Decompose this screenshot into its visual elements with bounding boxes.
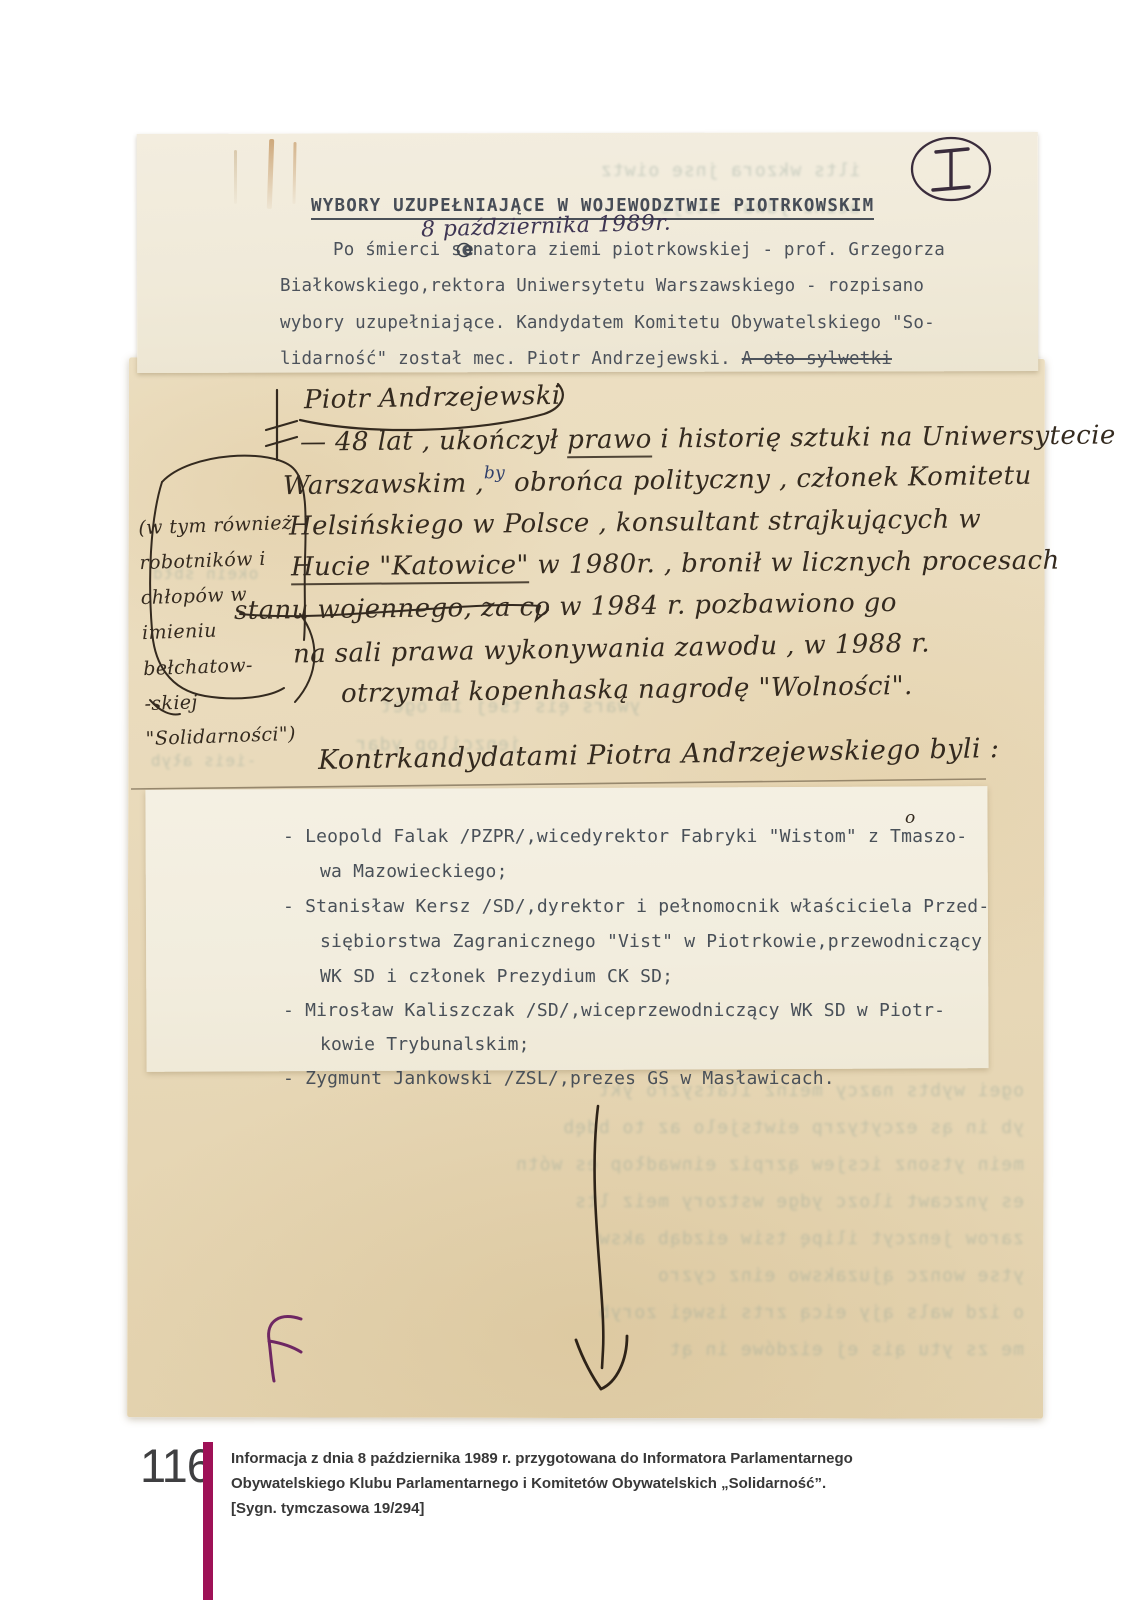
typed-text: lidarność" został mec. Piotr Andrzejewsk…: [280, 349, 742, 369]
handwritten-text: — 48 lat , ukończył: [300, 425, 567, 457]
caption-line: [Sygn. tymczasowa 19/294]: [231, 1496, 891, 1521]
rust-stain: [234, 150, 237, 204]
typed-paragraph-line: Białkowskiego,rektora Uniwersytetu Warsz…: [280, 276, 924, 296]
typed-text: natora ziemi piotrkowskiej - prof. Grzeg…: [473, 240, 945, 260]
list-line: - Zygmunt Jankowski /ZSL/,prezes GS w Ma…: [283, 1068, 835, 1089]
underlined-phrase: Hucie "Katowice": [291, 550, 529, 585]
caption-line: Informacja z dnia 8 października 1989 r.…: [231, 1446, 891, 1471]
handwritten-name-note: Piotr Andrzejewski: [304, 381, 561, 415]
handwritten-text: Warszawskim ,: [283, 468, 484, 501]
struck-through-text: A oto sylwetki: [742, 349, 892, 369]
footer-accent-bar: [203, 1442, 213, 1600]
typed-paragraph-line: wybory uzupełniające. Kandydatem Komitet…: [280, 313, 935, 333]
scanned-archive-page: ilts wkzora jnse oiwtz acinz ydwar otsje…: [0, 0, 1131, 1600]
caption-block: Informacja z dnia 8 października 1989 r.…: [231, 1446, 891, 1521]
typed-text: Po śmierci s: [333, 240, 462, 260]
list-line: - Leopold Falak /PZPR/,wicedyrektor Fabr…: [283, 826, 967, 847]
list-line: WK SD i członek Prezydium CK SD;: [320, 966, 673, 987]
bleed-through-text-block: ogei wybts nazcy meinz ilatsyzro ykt yb …: [278, 1072, 1024, 1368]
handwritten-text: i historię sztuki na Uniwersytecie: [652, 420, 1116, 454]
list-line: - Mirosław Kaliszczak /SD/,wiceprzewodni…: [283, 1000, 945, 1021]
handwritten-text: w 1980r. , bronił w licznych procesach: [529, 546, 1060, 581]
list-line: siębiorstwa Zagranicznego "Vist" w Piotr…: [320, 931, 982, 952]
handwritten-margin-note: (w tym również robotników i chłopów w im…: [138, 505, 326, 757]
list-line: wa Mazowieckiego;: [320, 861, 508, 882]
list-line: - Stanisław Kersz /SD/,dyrektor i pełnom…: [283, 896, 989, 917]
handwritten-correction: o: [905, 808, 916, 828]
underlined-word: prawo: [567, 424, 652, 458]
caption-line: Obywatelskiego Klubu Parlamentarnego i K…: [231, 1471, 891, 1496]
typed-paragraph-line: lidarność" został mec. Piotr Andrzejewsk…: [280, 349, 892, 369]
typed-paragraph-line: Po śmierci senatora ziemi piotrkowskiej …: [333, 240, 945, 260]
inserted-word: by: [484, 463, 506, 483]
list-line: kowie Trybunalskim;: [320, 1034, 530, 1055]
page-number: 116: [140, 1438, 212, 1493]
overtyped-character: e: [462, 240, 473, 260]
